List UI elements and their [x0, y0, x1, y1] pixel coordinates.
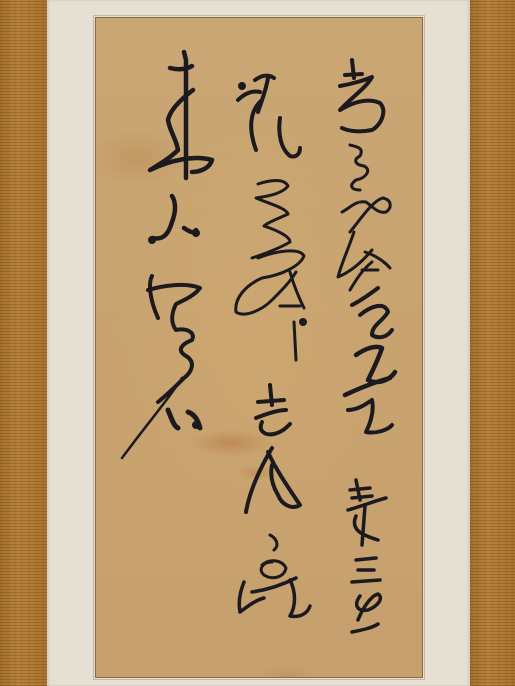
column-left: [122, 52, 212, 458]
scroll-image: Cursive script calligraphy hanging scrol…: [0, 0, 515, 686]
calligraphy-ink: [0, 0, 515, 686]
column-middle: [236, 76, 310, 617]
column-right: [338, 60, 395, 632]
